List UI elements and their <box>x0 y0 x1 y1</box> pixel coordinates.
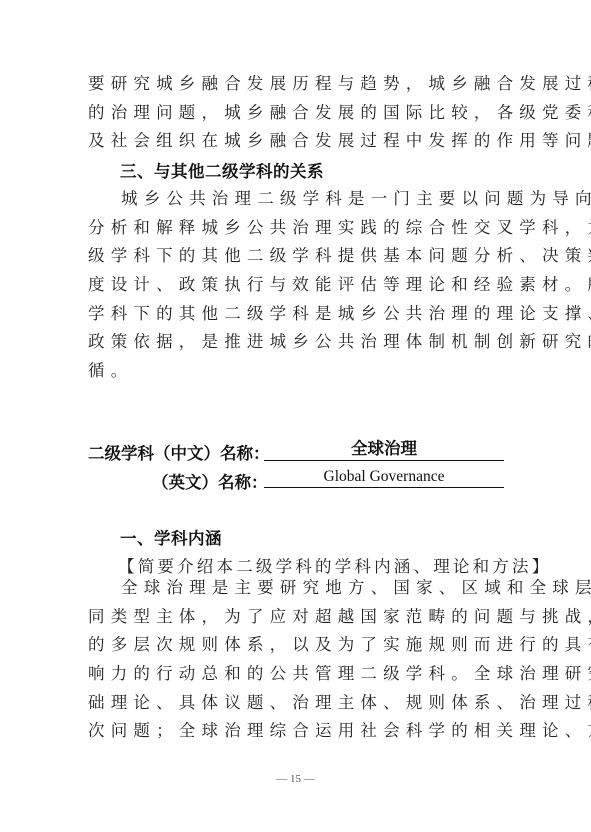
subject-name-en-label: （英文）名称： <box>152 469 268 493</box>
text-line: 分析和解释城乡公共治理实践的综合性交叉学科，为所属一 <box>88 214 518 243</box>
text-line: 学科下的其他二级学科是城乡公共治理的理论支撑、制度和 <box>88 300 518 329</box>
section-heading-relations: 三、与其他二级学科的关系 <box>120 158 324 182</box>
text-line: 要研究城乡融合发展历程与趋势，城乡融合发展过程中出现 <box>88 70 518 99</box>
page-number: — 15 — <box>0 773 591 785</box>
paragraph-top: 要研究城乡融合发展历程与趋势，城乡融合发展过程中出现 的治理问题，城乡融合发展的… <box>88 70 518 156</box>
text-line: 的治理问题，城乡融合发展的国际比较，各级党委和政府以 <box>88 99 518 128</box>
text-line: 及社会组织在城乡融合发展过程中发挥的作用等问题。 <box>88 127 518 156</box>
paragraph-connotation: 全球治理是主要研究地方、国家、区域和全球层面的不 同类型主体，为了应对超越国家范… <box>88 574 518 746</box>
text-line: 度设计、政策执行与效能评估等理论和经验素材。所属一级 <box>88 271 518 300</box>
subject-name-cn-label: 二级学科（中文）名称： <box>88 440 270 464</box>
text-line: 的多层次规则体系，以及为了实施规则而进行的具有跨国影 <box>88 631 518 660</box>
text-line: 全球治理是主要研究地方、国家、区域和全球层面的不 <box>88 574 518 603</box>
text-line: 响力的行动总和的公共管理二级学科。全球治理研究涵盖基 <box>88 660 518 689</box>
paragraph-relations: 城乡公共治理二级学科是一门主要以问题为导向，描述、 分析和解释城乡公共治理实践的… <box>88 185 518 386</box>
text-line: 同类型主体，为了应对超越国家范畴的问题与挑战，建立起 <box>88 603 518 632</box>
text-line: 城乡公共治理二级学科是一门主要以问题为导向，描述、 <box>88 185 518 214</box>
text-line: 政策依据，是推进城乡公共治理体制机制创新研究的基本依 <box>88 328 518 357</box>
document-page: 要研究城乡融合发展历程与趋势，城乡融合发展过程中出现 的治理问题，城乡融合发展的… <box>0 0 591 832</box>
text-line: 础理论、具体议题、治理主体、规则体系、治理过程等多层 <box>88 689 518 718</box>
text-line: 循。 <box>88 357 518 386</box>
subject-name-cn-value: 全球治理 <box>264 438 504 461</box>
text-line: 次问题；全球治理综合运用社会科学的相关理论、方法和手 <box>88 717 518 746</box>
subject-name-en-value: Global Governance <box>264 465 504 488</box>
section-heading-connotation: 一、学科内涵 <box>120 525 222 549</box>
text-line: 级学科下的其他二级学科提供基本问题分析、决策判断、制 <box>88 242 518 271</box>
